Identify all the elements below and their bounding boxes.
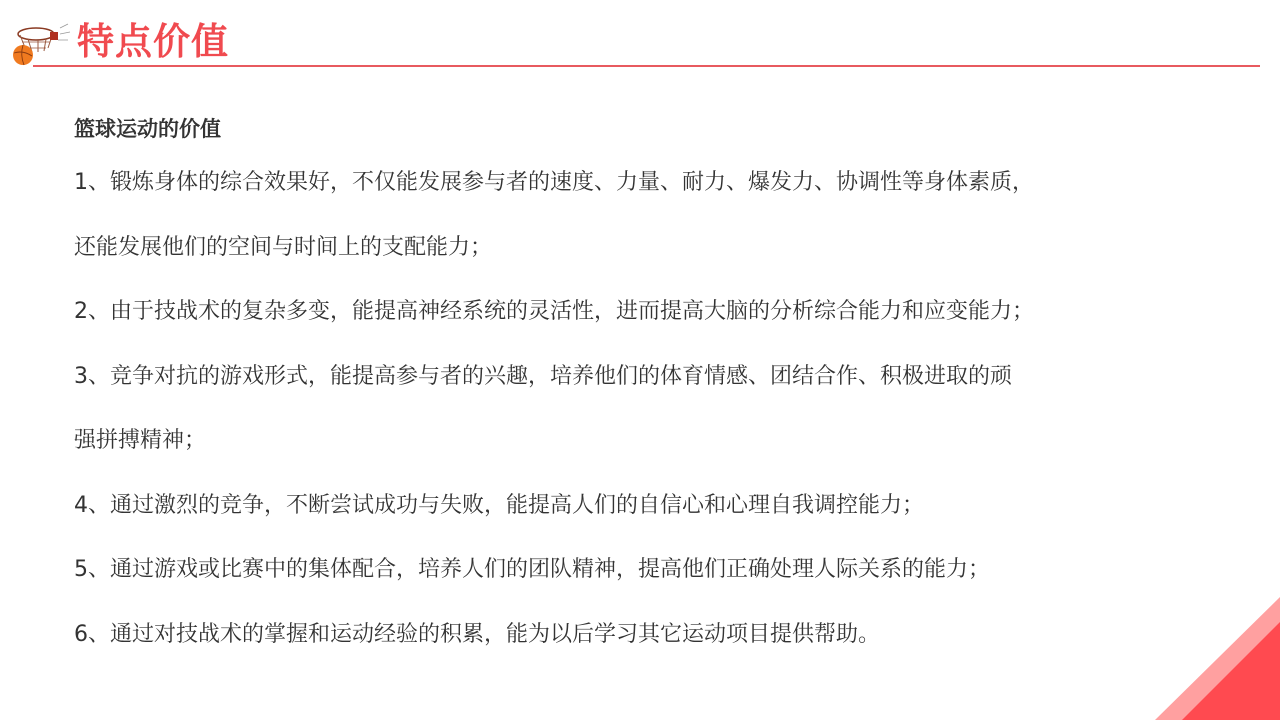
text-line: 2、由于技战术的复杂多变，能提高神经系统的灵活性，进而提高大脑的分析综合能力和应… [74, 280, 1244, 345]
value-item-1: 1、锻炼身体的综合效果好，不仅能发展参与者的速度、力量、耐力、爆发力、协调性等身… [74, 151, 1244, 280]
text-line: 强拼搏精神； [74, 409, 1244, 474]
text-line: 4、通过激烈的竞争，不断尝试成功与失败，能提高人们的自信心和心理自我调控能力； [74, 474, 1244, 539]
text-line: 5、通过游戏或比赛中的集体配合，培养人们的团队精神，提高他们正确处理人际关系的能… [74, 538, 1244, 603]
corner-decoration [1150, 590, 1280, 720]
text-line: 3、竞争对抗的游戏形式，能提高参与者的兴趣，培养他们的体育情感、团结合作、积极进… [74, 345, 1244, 410]
text-line: 还能发展他们的空间与时间上的支配能力； [74, 216, 1244, 281]
text-line: 6、通过对技战术的掌握和运动经验的积累，能为以后学习其它运动项目提供帮助。 [74, 603, 1244, 668]
page-title: 特点价值 [77, 18, 229, 66]
section-subtitle: 篮球运动的价值 [74, 107, 1244, 151]
basketball-hoop-icon [10, 20, 74, 66]
text-line: 1、锻炼身体的综合效果好，不仅能发展参与者的速度、力量、耐力、爆发力、协调性等身… [74, 151, 1244, 216]
content-body: 篮球运动的价值 1、锻炼身体的综合效果好，不仅能发展参与者的速度、力量、耐力、爆… [74, 107, 1244, 667]
title-underline [33, 65, 1260, 67]
value-item-5: 5、通过游戏或比赛中的集体配合，培养人们的团队精神，提高他们正确处理人际关系的能… [74, 538, 1244, 603]
value-item-4: 4、通过激烈的竞争，不断尝试成功与失败，能提高人们的自信心和心理自我调控能力； [74, 474, 1244, 539]
value-item-6: 6、通过对技战术的掌握和运动经验的积累，能为以后学习其它运动项目提供帮助。 [74, 603, 1244, 668]
value-item-3: 3、竞争对抗的游戏形式，能提高参与者的兴趣，培养他们的体育情感、团结合作、积极进… [74, 345, 1244, 474]
value-item-2: 2、由于技战术的复杂多变，能提高神经系统的灵活性，进而提高大脑的分析综合能力和应… [74, 280, 1244, 345]
